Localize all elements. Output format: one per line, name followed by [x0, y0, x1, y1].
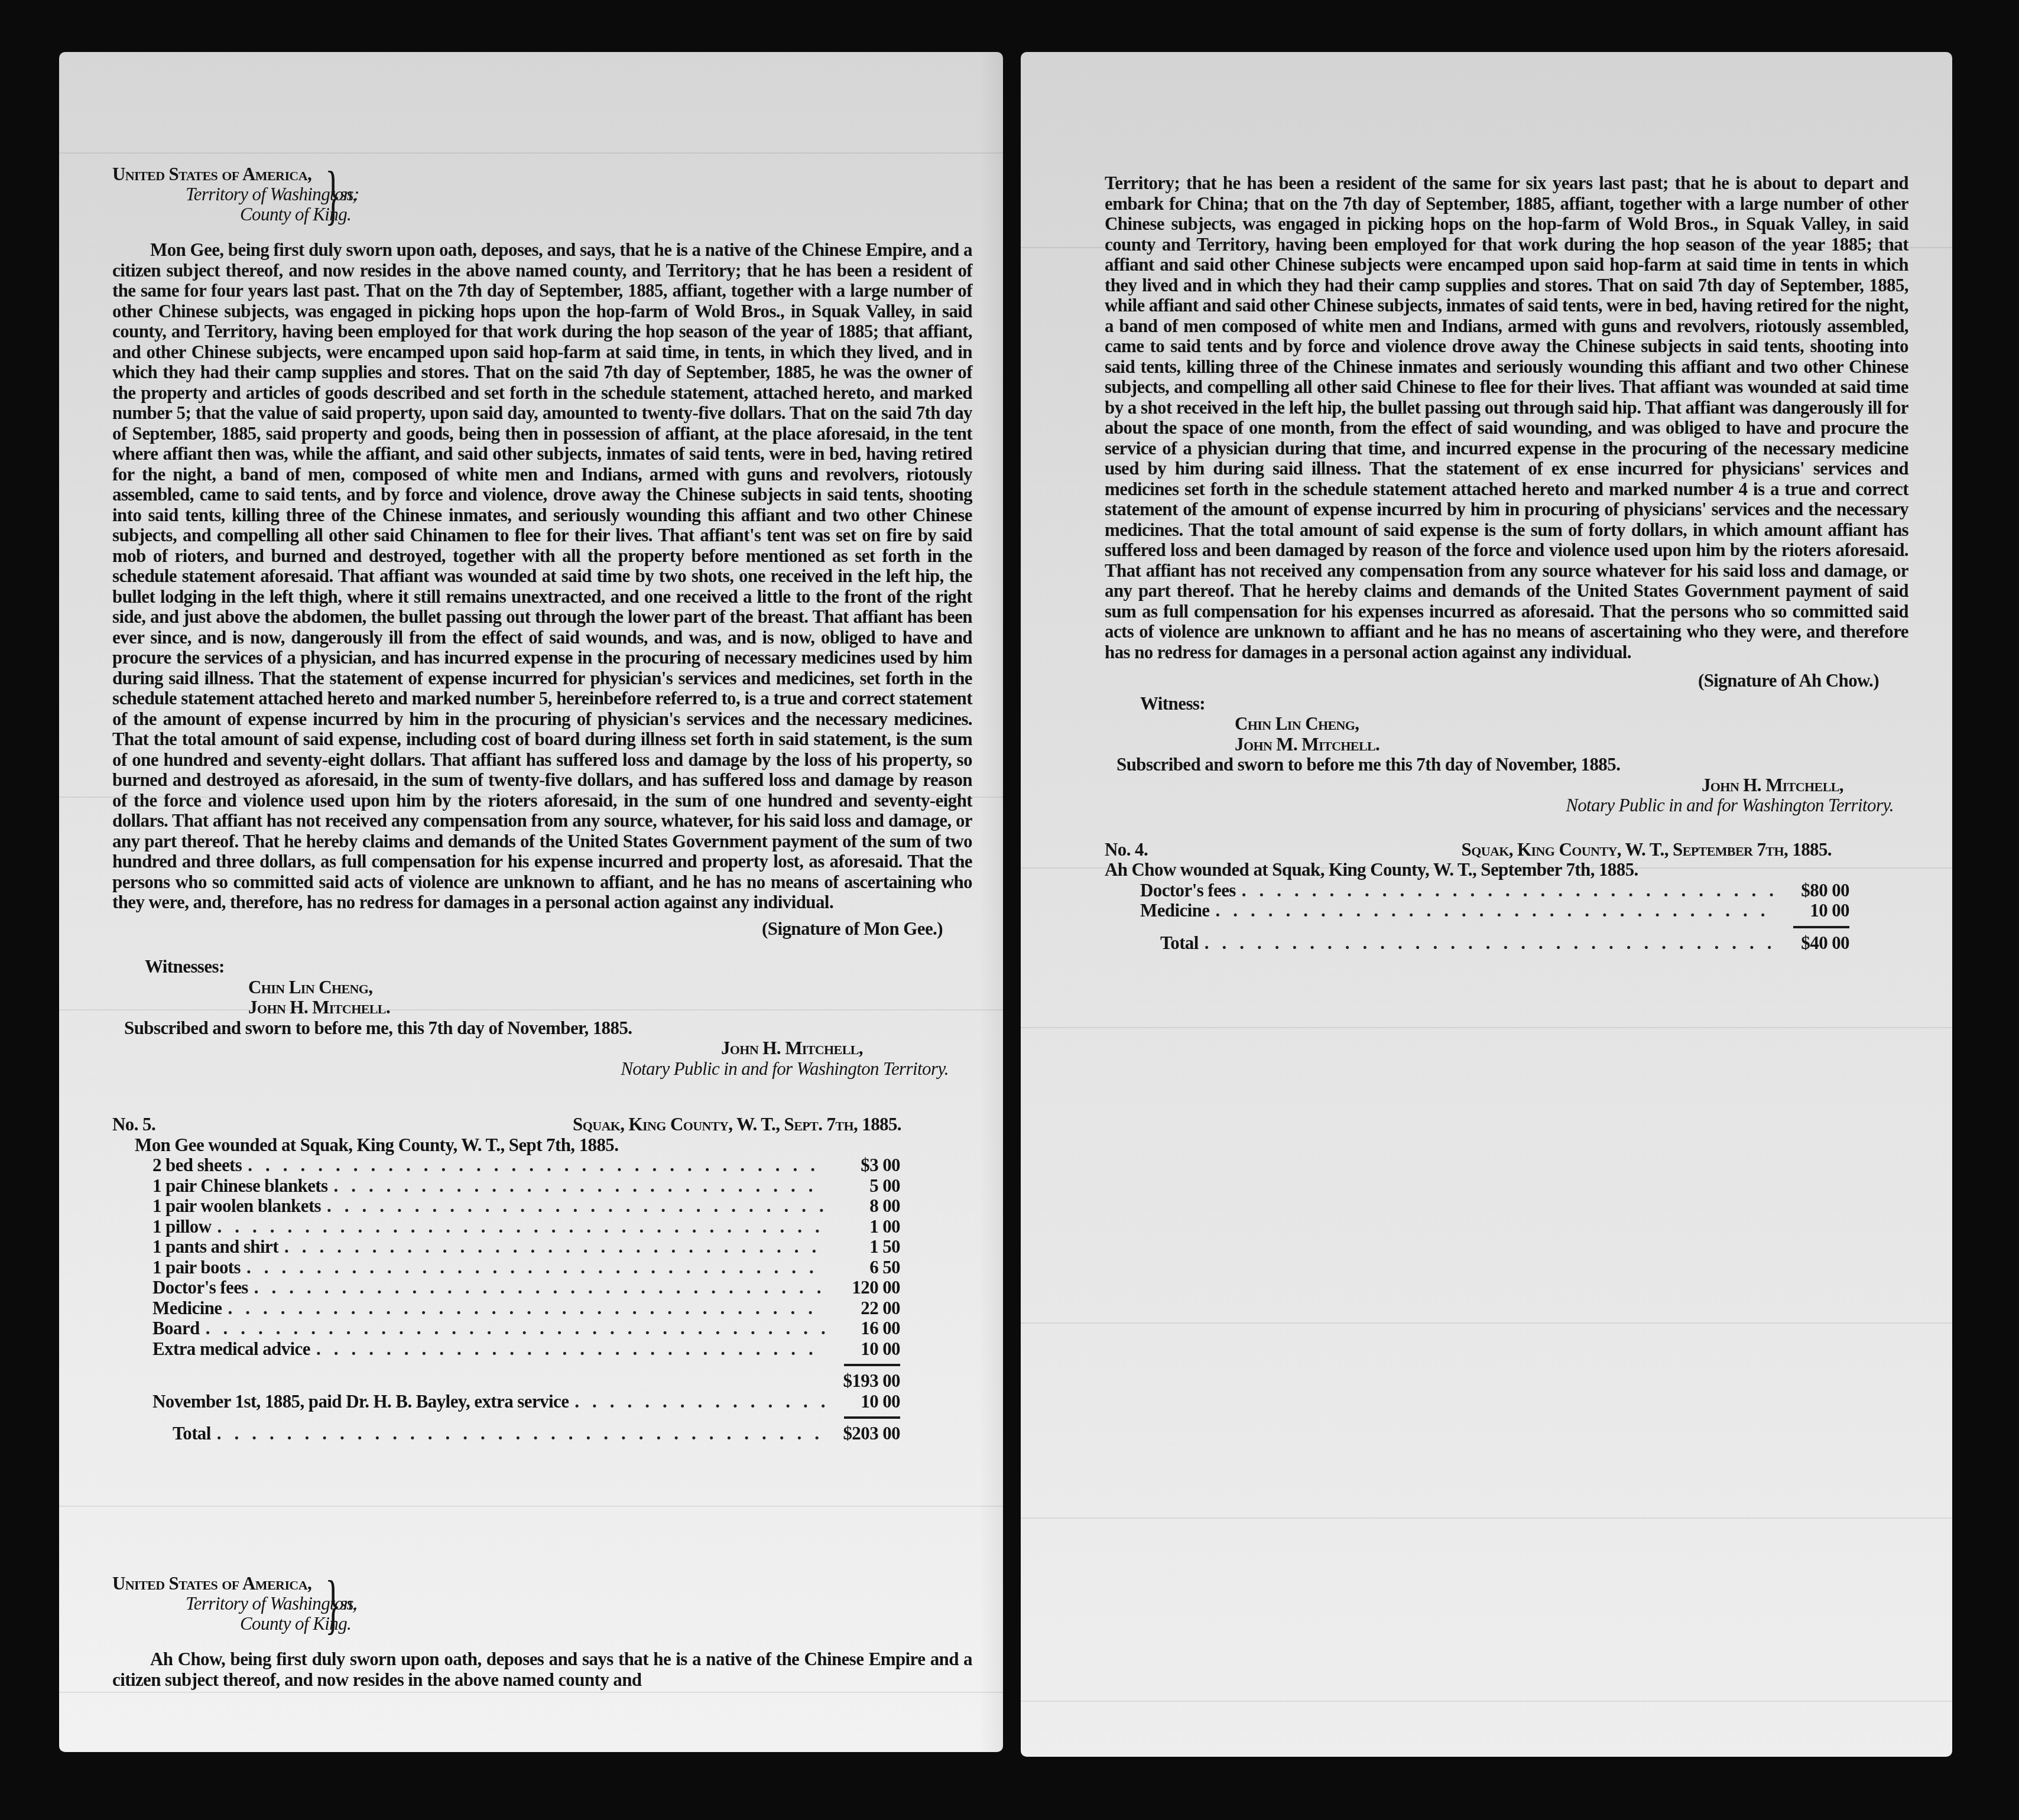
row-amount: 1 00	[826, 1217, 900, 1237]
witnesses-label: Witnesses:	[112, 957, 972, 977]
dot-leader: ........................................…	[310, 1339, 826, 1360]
signature-mon-gee: (Signature of Mon Gee.)	[112, 919, 972, 940]
row-amount: $80 00	[1775, 880, 1849, 901]
row-amount: 10 00	[1775, 901, 1849, 921]
schedule-row: 1 pair Chinese blankets.................…	[152, 1176, 900, 1197]
venue-country: United States of America,	[112, 164, 311, 185]
row-label: 1 pillow	[152, 1217, 211, 1237]
row-amount: 8 00	[826, 1196, 900, 1217]
row-label: 1 pair boots	[152, 1257, 241, 1278]
witness-name: John M. Mitchell.	[1105, 734, 1908, 755]
left-page-text: United States of America, Territory of W…	[112, 164, 972, 1444]
row-label: Board	[152, 1318, 200, 1339]
row-amount: $3 00	[826, 1155, 900, 1176]
schedule-row: Doctor's fees...........................…	[152, 1278, 900, 1298]
schedule-place-date: Squak, King County, W. T., Sept. 7th, 18…	[573, 1114, 901, 1135]
schedule-5-header: No. 5. Squak, King County, W. T., Sept. …	[112, 1114, 972, 1135]
dot-leader: ........................................…	[211, 1423, 826, 1444]
row-label: Medicine	[1140, 901, 1209, 921]
schedule-row: Extra medical advice....................…	[152, 1339, 900, 1360]
row-label: Extra medical advice	[152, 1339, 310, 1360]
witness-name: John H. Mitchell.	[112, 997, 972, 1018]
dot-leader: ........................................…	[211, 1217, 826, 1237]
venue-ss: ss.	[340, 1594, 358, 1614]
schedule-row: 2 bed sheets............................…	[152, 1155, 900, 1176]
dot-leader: ........................................…	[1199, 933, 1775, 954]
schedule-row: November 1st, 1885, paid Dr. H. B. Bayle…	[152, 1392, 900, 1412]
witness-name: Chin Lin Cheng,	[112, 977, 972, 998]
row-label: 1 pants and shirt	[152, 1237, 278, 1257]
row-label: Total	[1140, 933, 1199, 954]
witness-name: Chin Lin Cheng,	[1105, 714, 1908, 734]
row-amount: 22 00	[826, 1298, 900, 1319]
row-label: November 1st, 1885, paid Dr. H. B. Bayle…	[152, 1392, 569, 1412]
dot-leader: ........................................…	[1209, 901, 1775, 921]
row-amount: $40 00	[1775, 933, 1849, 954]
schedule-row: 1 pair woolen blankets..................…	[152, 1196, 900, 1217]
affidavit-mon-gee-body: Mon Gee, being first duly sworn upon oat…	[112, 240, 972, 913]
schedule-row: Total...................................…	[152, 1423, 900, 1444]
schedule-4-header: No. 4. Squak, King County, W. T., Septem…	[1105, 840, 1908, 860]
schedule-subtitle: Ah Chow wounded at Squak, King County, W…	[1105, 860, 1908, 880]
notary-title: Notary Public in and for Washington Terr…	[1105, 795, 1908, 816]
notary-name: John H. Mitchell,	[1105, 775, 1908, 796]
row-amount: 1 50	[826, 1237, 900, 1257]
dot-leader: ........................................…	[569, 1392, 826, 1412]
signature-ah-chow: (Signature of Ah Chow.)	[1105, 671, 1908, 691]
dot-leader: ........................................…	[321, 1196, 826, 1217]
schedule-row: Medicine................................…	[1140, 901, 1849, 921]
total-rule	[844, 1364, 900, 1366]
schedule-row: 1 pillow................................…	[152, 1217, 900, 1237]
brace-icon: }	[325, 163, 341, 227]
schedule-row: Board...................................…	[152, 1318, 900, 1339]
row-amount: $193 00	[826, 1371, 900, 1392]
schedule-row: Medicine................................…	[152, 1298, 900, 1319]
dot-leader: ........................................…	[200, 1318, 826, 1339]
venue-country: United States of America,	[112, 1574, 311, 1594]
row-label: Doctor's fees	[1140, 880, 1236, 901]
row-label: 2 bed sheets	[152, 1155, 242, 1176]
dot-leader: ........................................…	[328, 1176, 826, 1197]
sworn-statement: Subscribed and sworn to before me this 7…	[1105, 755, 1908, 775]
schedule-row: 1 pair boots............................…	[152, 1257, 900, 1278]
venue-caption: United States of America, Territory of W…	[112, 164, 972, 240]
row-amount: 16 00	[826, 1318, 900, 1339]
schedule-5-items: 2 bed sheets............................…	[152, 1155, 900, 1444]
row-label: Medicine	[152, 1298, 222, 1319]
schedule-number: No. 4.	[1105, 840, 1148, 860]
row-label: 1 pair Chinese blankets	[152, 1176, 328, 1197]
left-page-text-2: United States of America, Territory of W…	[112, 1574, 972, 1690]
schedule-4-items: Doctor's fees...........................…	[1140, 880, 1849, 954]
row-label: Doctor's fees	[152, 1278, 248, 1298]
schedule-row: 1 pants and shirt.......................…	[152, 1237, 900, 1257]
sworn-statement: Subscribed and sworn to before me, this …	[112, 1018, 972, 1039]
brace-icon: }	[325, 1572, 341, 1636]
dot-leader: ........................................…	[278, 1237, 826, 1257]
affidavit-ah-chow-start: Ah Chow, being first duly sworn upon oat…	[112, 1649, 972, 1690]
right-page-text: Territory; that he has been a resident o…	[1105, 173, 1908, 953]
affidavit-ah-chow-body: Territory; that he has been a resident o…	[1105, 173, 1908, 662]
venue-caption-2: United States of America, Territory of W…	[112, 1574, 972, 1649]
dot-leader: ........................................…	[248, 1278, 826, 1298]
row-amount: 10 00	[826, 1339, 900, 1360]
dot-leader: ........................................…	[1236, 880, 1775, 901]
schedule-row: $193 00	[152, 1371, 900, 1392]
row-amount: 120 00	[826, 1278, 900, 1298]
dot-leader: ........................................…	[242, 1155, 826, 1176]
row-amount: $203 00	[826, 1423, 900, 1444]
dot-leader: ........................................…	[241, 1257, 826, 1278]
schedule-number: No. 5.	[112, 1114, 155, 1135]
total-rule	[844, 1416, 900, 1419]
witness-label: Witness:	[1105, 694, 1908, 714]
row-amount: 5 00	[826, 1176, 900, 1197]
row-label: Total	[152, 1423, 211, 1444]
schedule-place-date: Squak, King County, W. T., September 7th…	[1462, 840, 1832, 860]
notary-name: John H. Mitchell,	[112, 1038, 972, 1059]
right-page: Territory; that he has been a resident o…	[1021, 52, 1952, 1757]
schedule-row: Total...................................…	[1140, 933, 1849, 954]
row-amount: 6 50	[826, 1257, 900, 1278]
total-rule	[1793, 926, 1849, 928]
row-label: 1 pair woolen blankets	[152, 1196, 321, 1217]
row-amount: 10 00	[826, 1392, 900, 1412]
left-page: United States of America, Territory of W…	[59, 52, 1003, 1752]
dot-leader: ........................................…	[222, 1298, 826, 1319]
schedule-subtitle: Mon Gee wounded at Squak, King County, W…	[112, 1135, 972, 1156]
venue-ss: ss:	[340, 184, 359, 205]
schedule-row: Doctor's fees...........................…	[1140, 880, 1849, 901]
notary-title: Notary Public in and for Washington Terr…	[112, 1059, 972, 1080]
